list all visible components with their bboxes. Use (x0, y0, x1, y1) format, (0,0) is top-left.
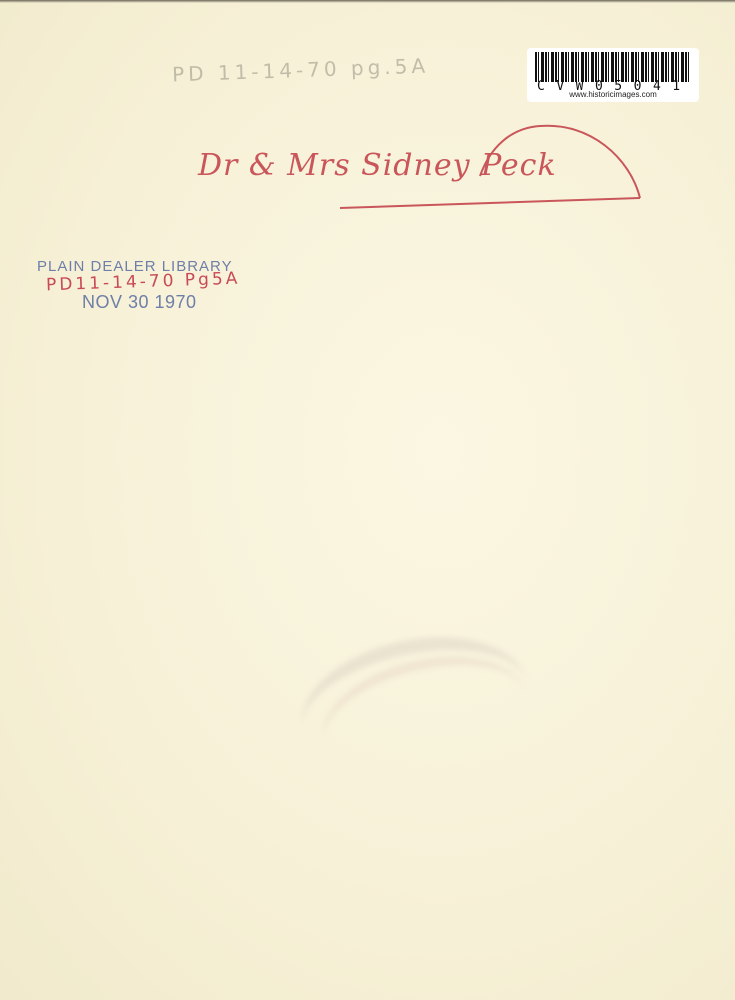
barcode-icon (535, 52, 691, 82)
date-stamp: NOV 30 1970 (82, 292, 197, 313)
barcode-url: www.historicimages.com (527, 90, 699, 99)
barcode-label: CVW05041 www.historicimages.com (527, 48, 699, 102)
handwritten-caption: Dr & Mrs Sidney Peck (190, 118, 650, 218)
paper-top-edge (0, 0, 735, 3)
caption-text: Dr & Mrs Sidney Peck (198, 148, 557, 183)
